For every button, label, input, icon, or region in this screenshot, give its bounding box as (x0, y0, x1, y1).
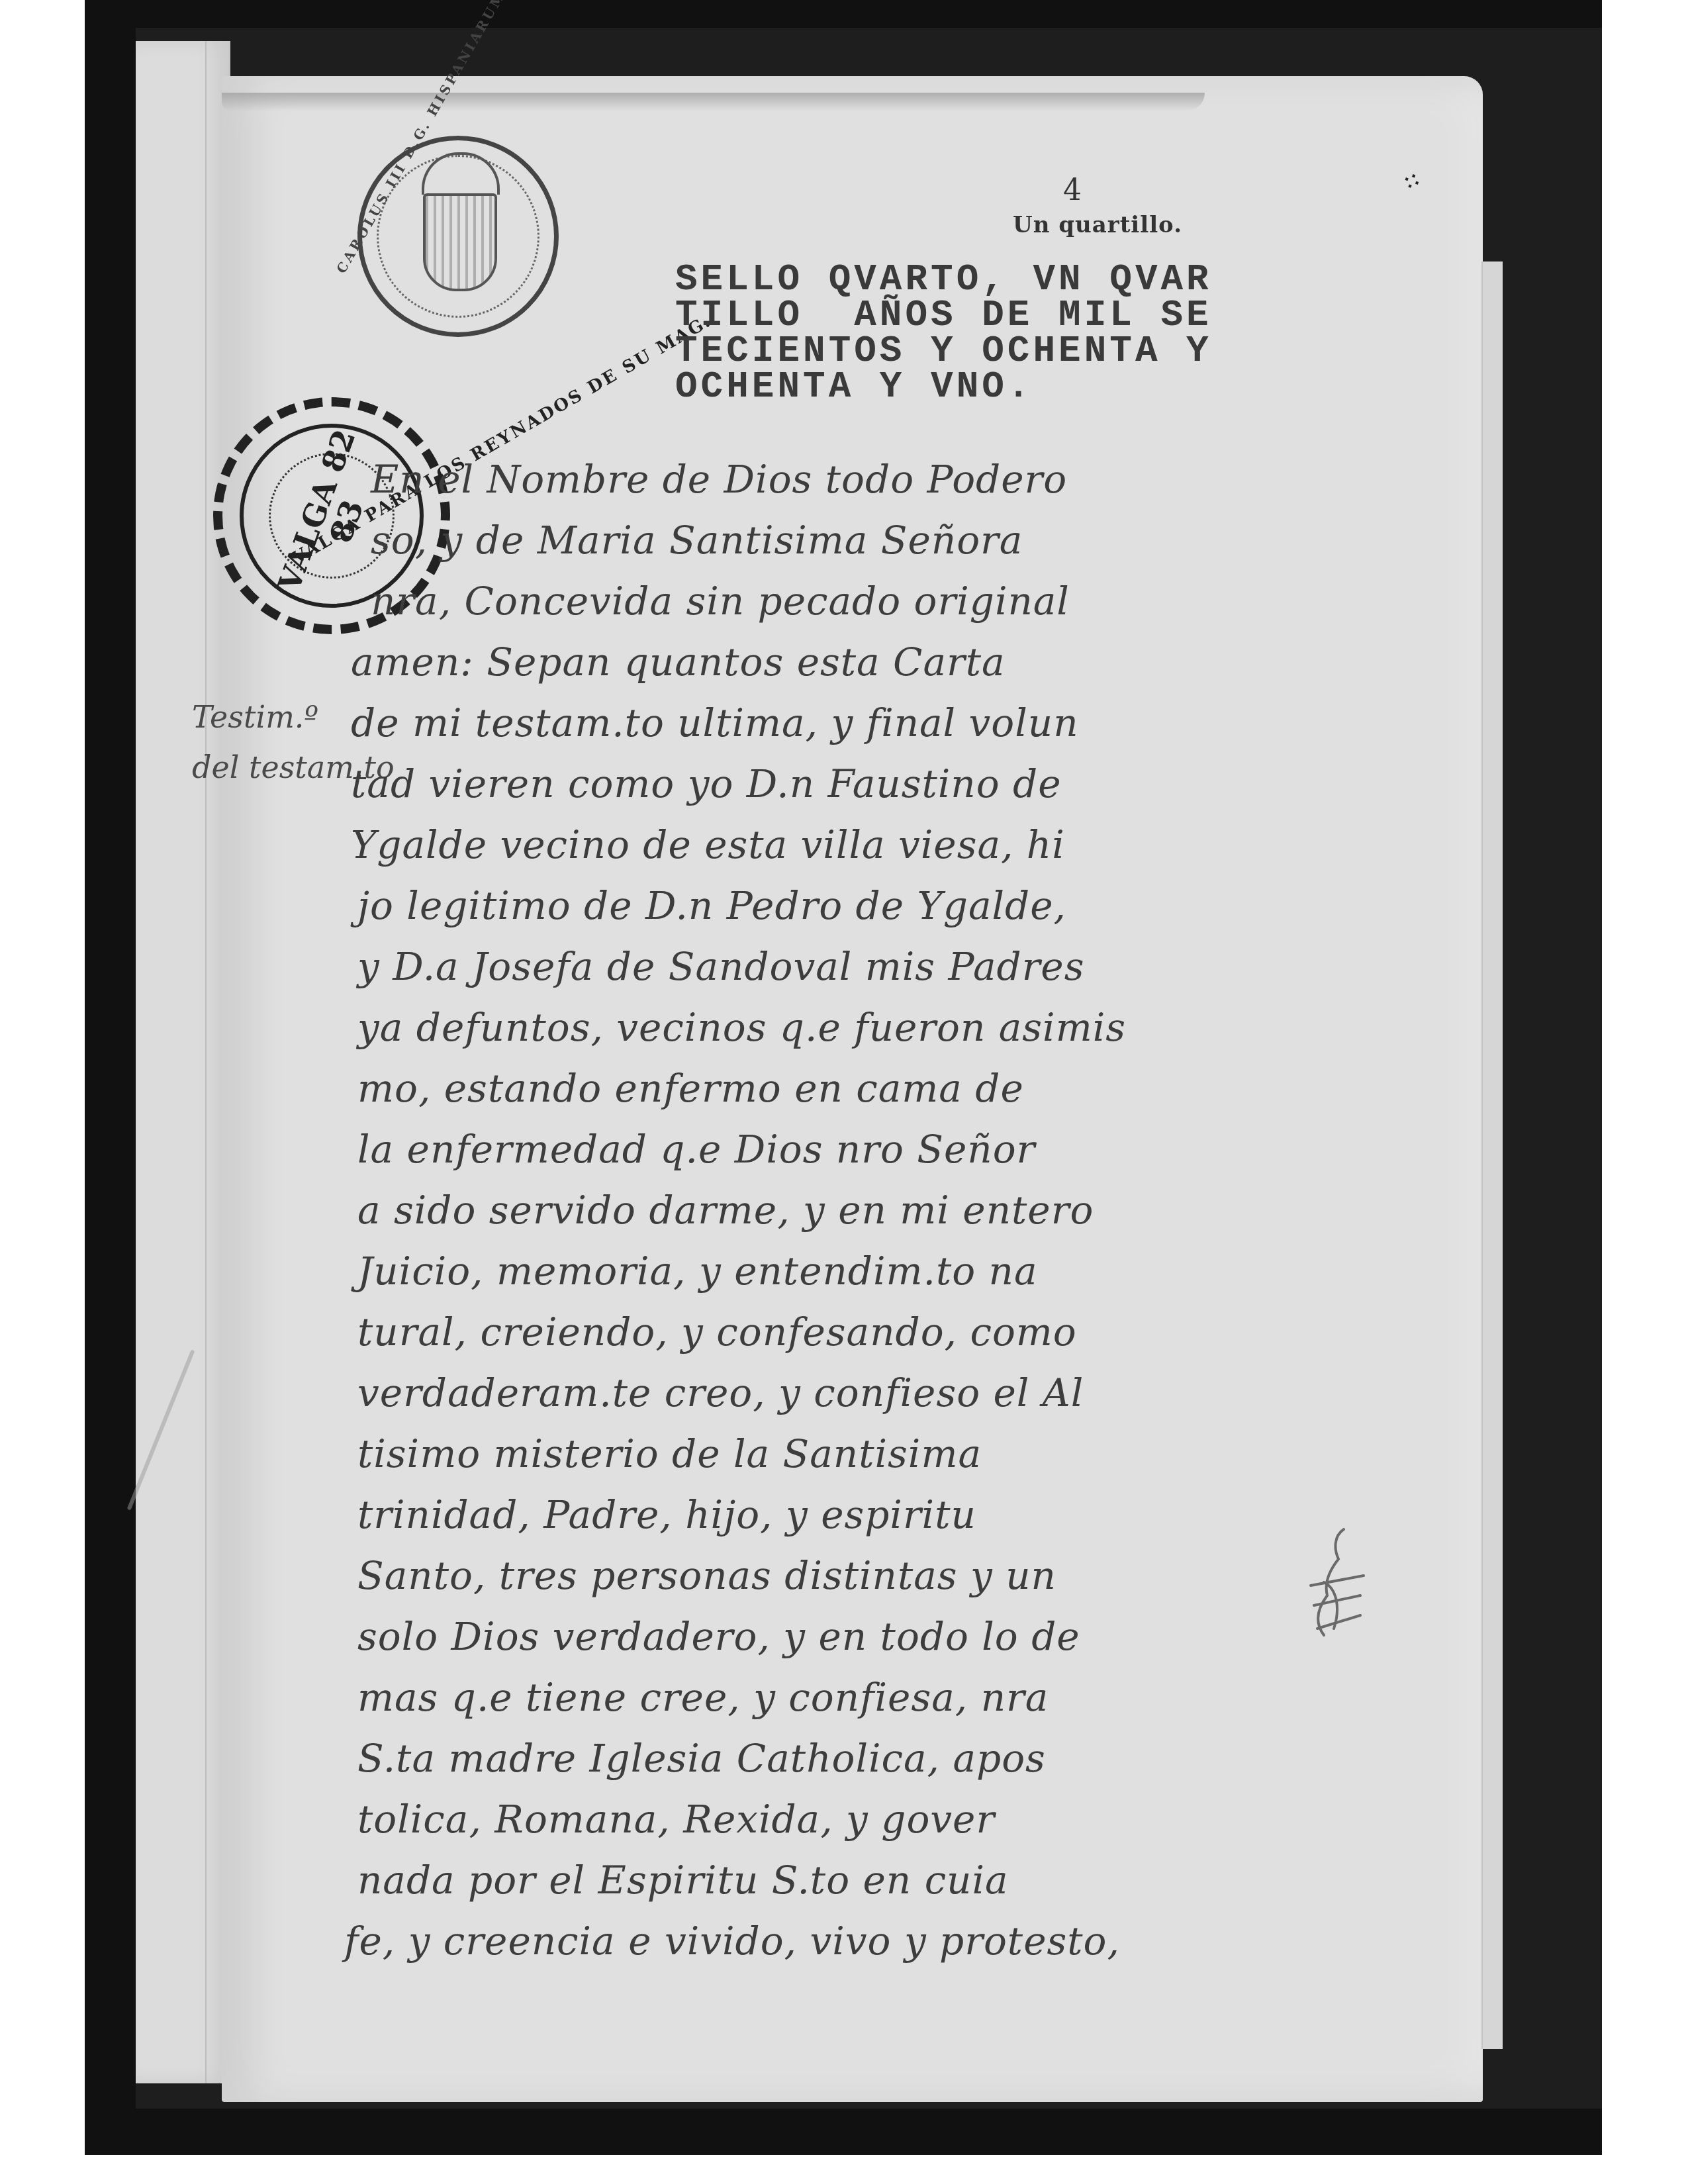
manuscript-line: la enfermedad q.e Dios nro Señor (357, 1127, 1035, 1172)
manuscript-line: tolica, Romana, Rexida, y gover (357, 1797, 995, 1842)
manuscript-line: S.ta madre Iglesia Catholica, apos (357, 1736, 1046, 1781)
manuscript-line: nada por el Espiritu S.to en cuia (357, 1858, 1009, 1903)
margin-note-line: Testim.º (192, 699, 318, 735)
manuscript-line: fe, y creencia e vivido, vivo y protesto… (344, 1919, 1120, 1964)
manuscript-line: a sido servido darme, y en mi entero (357, 1188, 1094, 1233)
manuscript-line: solo Dios verdadero, y en todo lo de (357, 1614, 1080, 1659)
signature-rubric-icon (1297, 1523, 1370, 1648)
manuscript-line: trinidad, Padre, hijo, y espiritu (357, 1492, 976, 1537)
manuscript-line: tisimo misterio de la Santisima (357, 1431, 982, 1476)
manuscript-line: de mi testam.to ultima, y final volun (351, 700, 1079, 745)
stamp-text: SELLO QVARTO, VN QVAR TILLO AÑOS DE MIL … (675, 261, 1212, 404)
manuscript-line: Ygalde vecino de esta villa viesa, hi (351, 822, 1065, 867)
right-page-edge (1481, 261, 1503, 2049)
manuscript-line: tural, creiendo, y confesando, como (357, 1309, 1077, 1354)
manuscript-line: mas q.e tiene cree, y confiesa, nra (357, 1675, 1049, 1720)
manuscript-line: verdaderam.te creo, y confieso el Al (357, 1370, 1084, 1415)
manuscript-line: amen: Sepan quantos esta Carta (351, 640, 1006, 685)
manuscript-line: tad vieren como yo D.n Faustino de (351, 761, 1062, 806)
manuscript-line: En el Nombre de Dios todo Podero (371, 457, 1067, 502)
manuscript-line: nra, Concevida sin pecado original (371, 579, 1070, 624)
paper-crease (205, 41, 207, 2083)
stamp-line: OCHENTA Y VNO. (675, 365, 1033, 408)
manuscript-line: jo legitimo de D.n Pedro de Ygalde, (357, 883, 1066, 928)
folio-number: 4 (1063, 173, 1082, 207)
water-stain (222, 93, 1205, 111)
stamp-denomination: Un quartillo. (1013, 212, 1182, 238)
manuscript-line: ya defuntos, vecinos q.e fueron asimis (357, 1005, 1126, 1050)
manuscript-line: mo, estando enfermo en cama de (357, 1066, 1024, 1111)
folded-paper-strip (136, 41, 230, 2083)
coat-of-arms-shield-icon (423, 193, 497, 291)
manuscript-line: y D.a Josefa de Sandoval mis Padres (357, 944, 1084, 989)
manuscript-line: Juicio, memoria, y entendim.to na (357, 1249, 1038, 1294)
manuscript-line: so, y de Maria Santisima Señora (371, 518, 1023, 563)
royal-seal-stamp: CAROLUS III D.G. HISPANIARUM REX (357, 136, 559, 337)
manuscript-line: Santo, tres personas distintas y un (357, 1553, 1056, 1598)
